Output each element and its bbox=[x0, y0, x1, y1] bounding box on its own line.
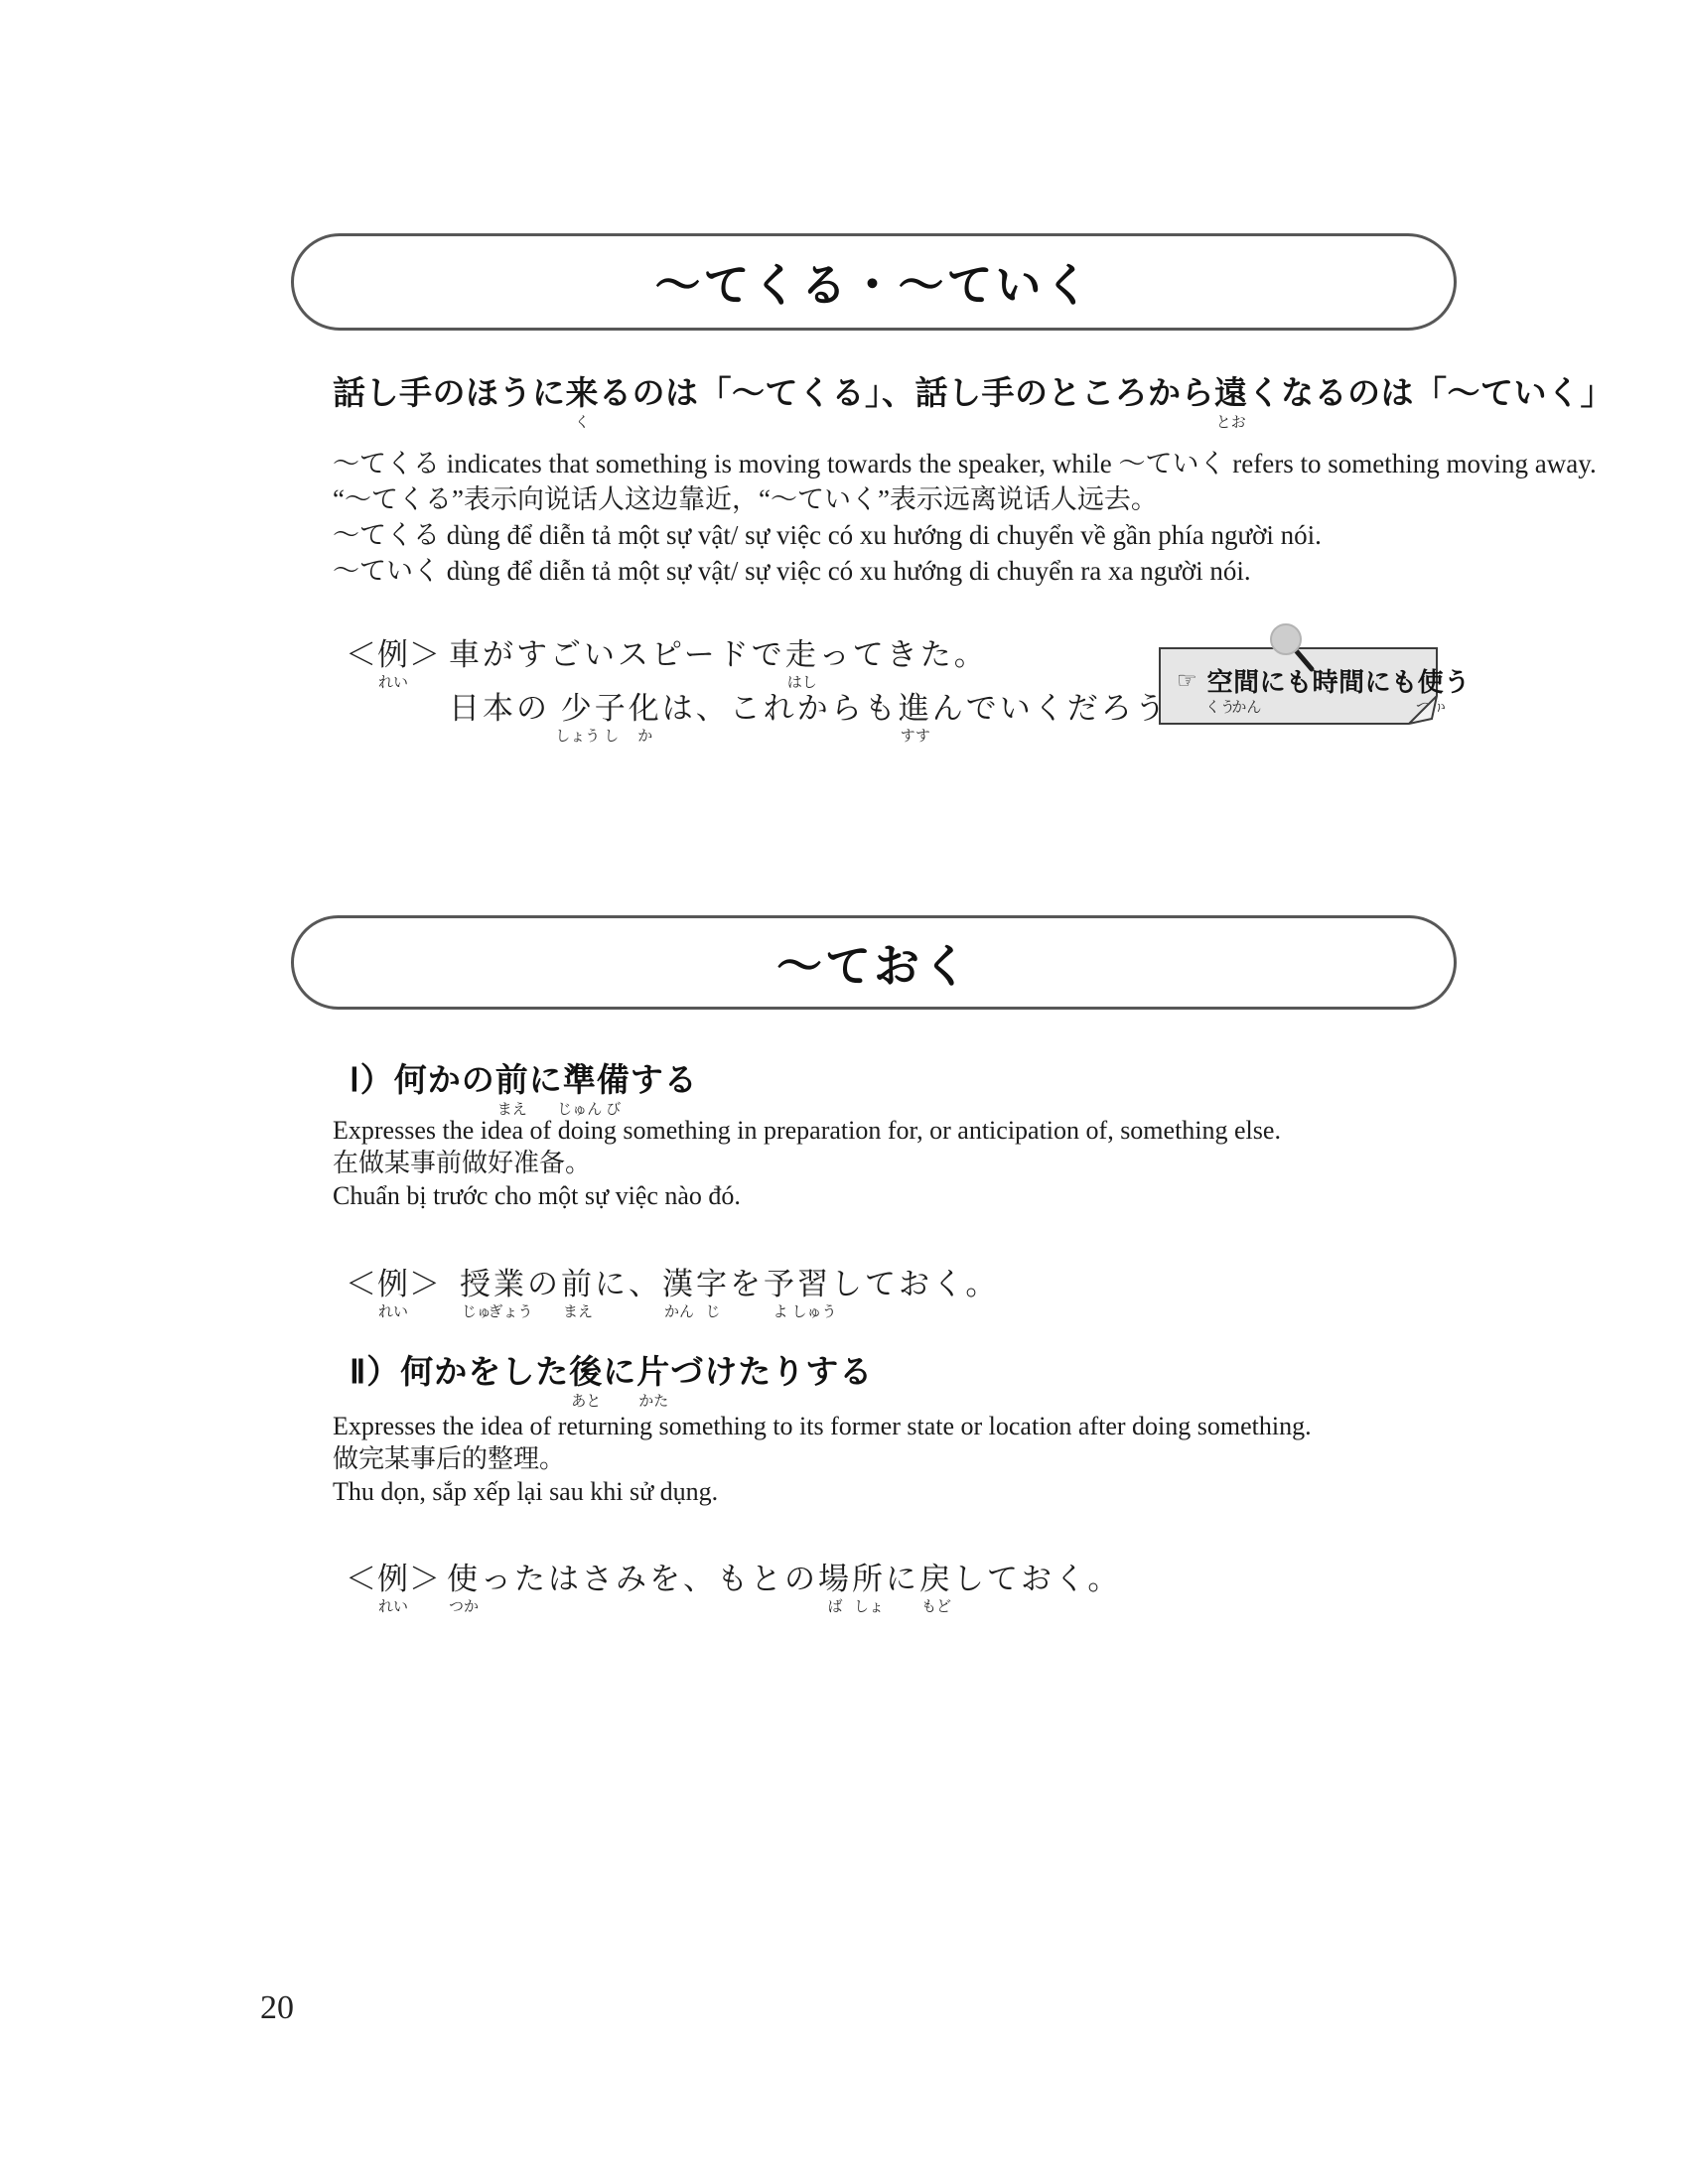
pointing-hand-icon: ☞ bbox=[1177, 667, 1197, 694]
explanation-vietnamese: Thu dọn, sắp xếp lại sau khi sử dụng. bbox=[333, 1475, 1312, 1508]
section-1-explanations: ～てくる indicates that something is moving … bbox=[333, 446, 1597, 589]
subsection-1-heading: Ⅰ）何かの前まえに準じゅん備びする bbox=[350, 1054, 698, 1101]
page-number: 20 bbox=[260, 1989, 294, 2027]
folded-corner-icon bbox=[1408, 695, 1438, 725]
section-1-key-sentence: 話し手のほうに来くるのは「～てくる」、話し手のところから遠とおくなるのは「～てい… bbox=[333, 367, 1614, 414]
section-1-title: ～てくる・～ていく bbox=[655, 249, 1093, 315]
explanation-chinese: 做完某事后的整理。 bbox=[333, 1442, 1312, 1475]
example-label: ＜例れい＞ bbox=[346, 1259, 441, 1303]
section-2-header-pill: ～ておく bbox=[291, 915, 1457, 1010]
explanation-chinese: 在做某事前做好准备。 bbox=[333, 1147, 1281, 1179]
explanation-vietnamese: Chuẩn bị trước cho một sự việc nào đó. bbox=[333, 1179, 1281, 1212]
explanation-vietnamese-2: ～ていく dùng để diễn tả một sự vật/ sự việc… bbox=[333, 553, 1597, 589]
explanation-english: Expresses the idea of doing something in… bbox=[333, 1114, 1281, 1147]
example-sentence: 車がすごいスピードで走はしってきた。 bbox=[449, 629, 988, 674]
textbook-page: ～てくる・～ていく 話し手のほうに来くるのは「～てくる」、話し手のところから遠と… bbox=[0, 0, 1688, 2184]
explanation-vietnamese-1: ～てくる dùng để diễn tả một sự vật/ sự việc… bbox=[333, 517, 1597, 553]
example-sentence: 使つかったはさみを、もとの場ば所しょに戻もどしておく。 bbox=[447, 1554, 1121, 1598]
explanation-english: ～てくる indicates that something is moving … bbox=[333, 446, 1597, 481]
usage-note-text: 空くう間かんにも時間にも使つかう bbox=[1207, 662, 1471, 699]
pushpin-icon bbox=[1257, 612, 1321, 677]
subsection-1-explanations: Expresses the idea of doing something in… bbox=[333, 1114, 1281, 1212]
subsection-2-explanations: Expresses the idea of returning somethin… bbox=[333, 1410, 1312, 1508]
subsection-2-heading: Ⅱ）何かをした後あとに片かたづけたりする bbox=[350, 1346, 873, 1393]
example-label: ＜例れい＞ bbox=[346, 1554, 441, 1598]
explanation-english: Expresses the idea of returning somethin… bbox=[333, 1410, 1312, 1442]
example-sentence: 日本の 少しょう子し化かは、これからも進すすんでいくだろう。 bbox=[449, 683, 1202, 728]
section-1-header-pill: ～てくる・～ていく bbox=[291, 233, 1457, 331]
section-2-title: ～ておく bbox=[776, 930, 971, 996]
example-label: ＜例れい＞ bbox=[346, 629, 441, 674]
example-sentence: 授じゅ業ぎょうの前まえに、漢かん字じを予よ習しゅうしておく。 bbox=[460, 1259, 999, 1303]
explanation-chinese: “～てくる”表示向说话人这边靠近，“～ていく”表示远离说话人远去。 bbox=[333, 481, 1597, 517]
